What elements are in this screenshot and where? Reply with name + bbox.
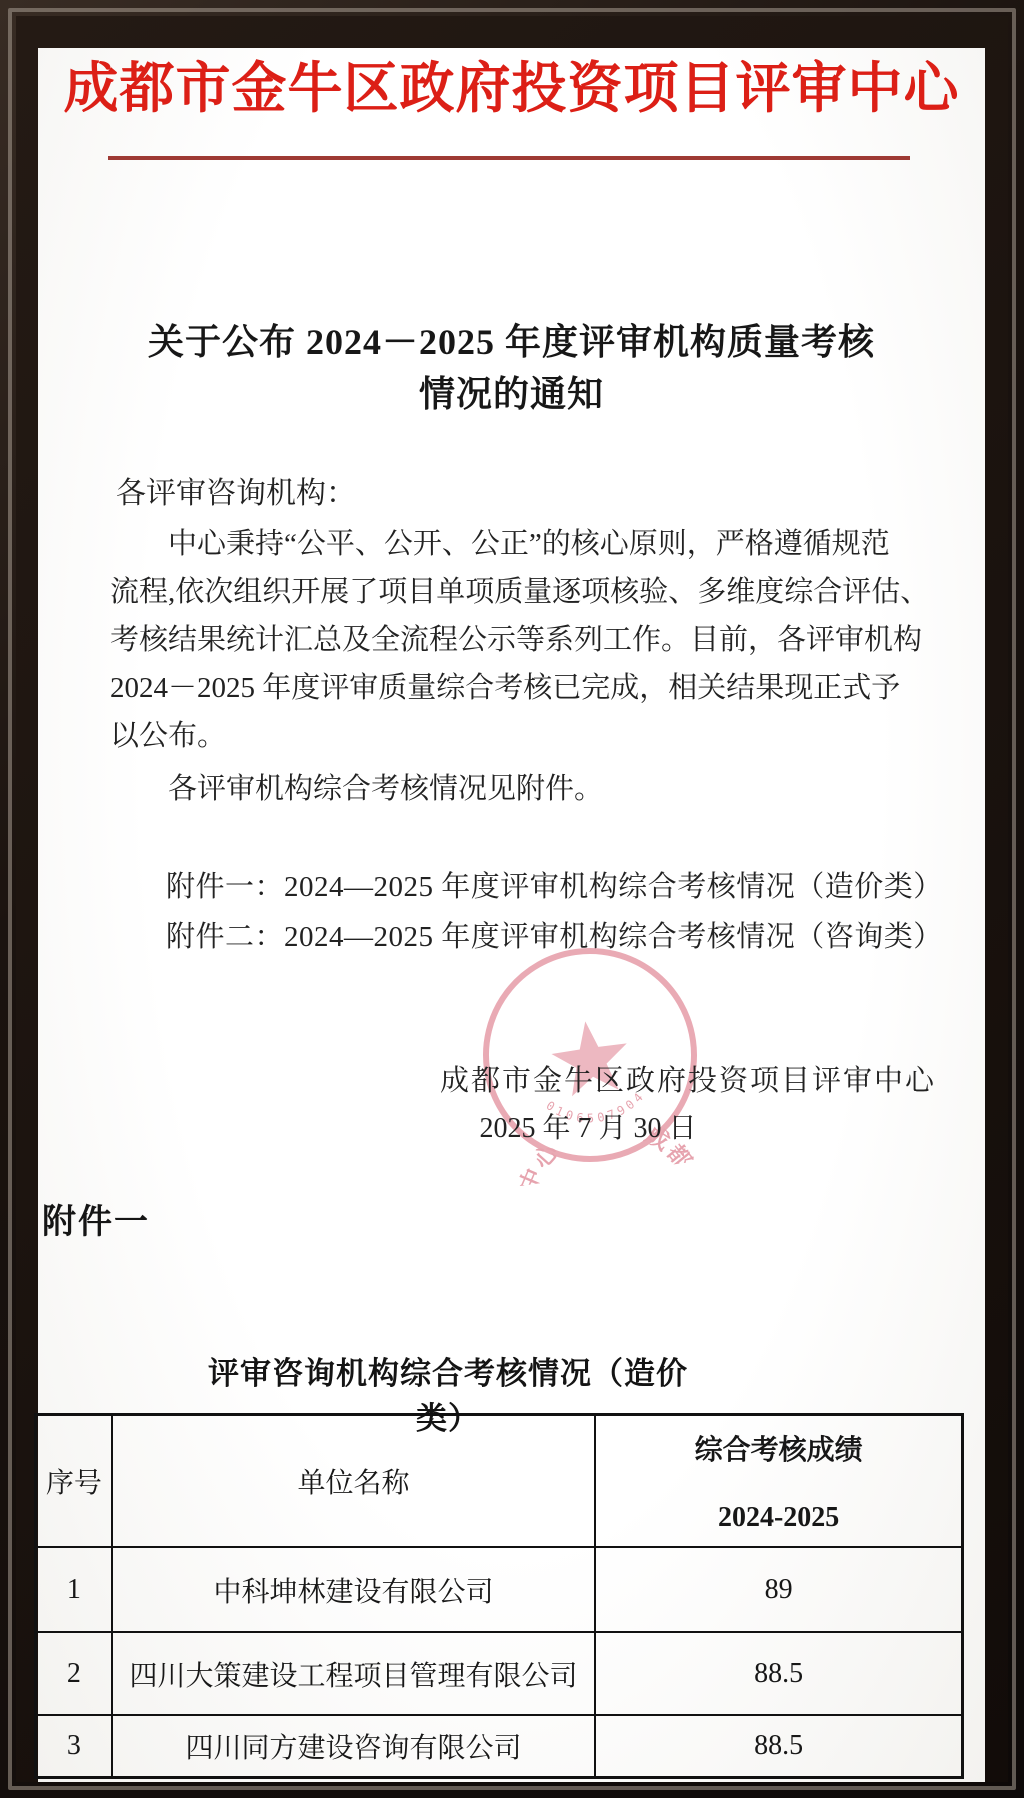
body-line: 考核结果统计汇总及全流程公示等系列工作。目前，各评审机构 xyxy=(110,616,922,664)
header-serial-number: 序号 xyxy=(36,1415,112,1548)
official-seal-icon: 成都市金牛区政府投资项目评审中心 0106507904 xyxy=(454,919,725,1190)
attachment-note: 各评审机构综合考核情况见附件。 xyxy=(168,766,603,807)
table-row: 2 四川大策建设工程项目管理有限公司 88.5 xyxy=(36,1632,963,1715)
cell-score: 88.5 xyxy=(595,1715,962,1777)
header-score: 综合考核成绩 2024-2025 xyxy=(595,1415,962,1548)
assessment-table: 序号 单位名称 综合考核成绩 2024-2025 1 中科坤林建设有限公司 89… xyxy=(34,1413,964,1779)
attachment-ref-1: 附件一：2024—2025 年度评审机构综合考核情况（造价类） xyxy=(166,864,943,905)
header-unit-name: 单位名称 xyxy=(112,1415,596,1548)
body-line: 2024－2025 年度评审质量综合考核已完成，相关结果现正式予 xyxy=(110,664,922,712)
body-line: 流程,依次组织开展了项目单项质量逐项核验、多维度综合评估、 xyxy=(110,568,922,616)
cell-serial: 3 xyxy=(36,1715,112,1777)
document-page: 成都市金牛区政府投资项目评审中心 关于公布 2024－2025 年度评审机构质量… xyxy=(38,48,985,1782)
salutation: 各评审咨询机构： xyxy=(116,468,356,512)
cell-score: 89 xyxy=(595,1547,962,1632)
cell-unit-name: 四川同方建设咨询有限公司 xyxy=(112,1715,596,1777)
letterhead-divider xyxy=(108,156,910,160)
cell-serial: 2 xyxy=(36,1632,112,1715)
table-header-row: 序号 单位名称 综合考核成绩 2024-2025 xyxy=(36,1415,963,1548)
document-photo: 成都市金牛区政府投资项目评审中心 关于公布 2024－2025 年度评审机构质量… xyxy=(0,0,1024,1798)
notice-title: 关于公布 2024－2025 年度评审机构质量考核 情况的通知 xyxy=(38,316,985,420)
cell-unit-name: 中科坤林建设有限公司 xyxy=(112,1547,596,1632)
signature-organization: 成都市金牛区政府投资项目评审中心 xyxy=(440,1058,936,1099)
letterhead-title: 成都市金牛区政府投资项目评审中心 xyxy=(38,56,985,122)
attachment-one-label: 附件一 xyxy=(42,1194,150,1243)
body-line: 中心秉持“公平、公开、公正”的核心原则，严格遵循规范 xyxy=(110,520,922,568)
header-score-line1: 综合考核成绩 xyxy=(695,1428,863,1468)
table-row: 3 四川同方建设咨询有限公司 88.5 xyxy=(36,1715,963,1777)
cell-unit-name: 四川大策建设工程项目管理有限公司 xyxy=(112,1632,596,1715)
header-score-line2: 2024-2025 xyxy=(718,1502,839,1534)
notice-body: 中心秉持“公平、公开、公正”的核心原则，严格遵循规范 流程,依次组织开展了项目单… xyxy=(110,520,922,760)
signature-date: 2025 年 7 月 30 日 xyxy=(473,1106,703,1146)
notice-title-line1: 关于公布 2024－2025 年度评审机构质量考核 xyxy=(38,316,985,368)
notice-title-line2: 情况的通知 xyxy=(38,368,985,420)
cell-score: 88.5 xyxy=(595,1632,962,1715)
cell-serial: 1 xyxy=(36,1547,112,1632)
table-row: 1 中科坤林建设有限公司 89 xyxy=(36,1547,963,1632)
body-line: 以公布。 xyxy=(110,712,922,760)
